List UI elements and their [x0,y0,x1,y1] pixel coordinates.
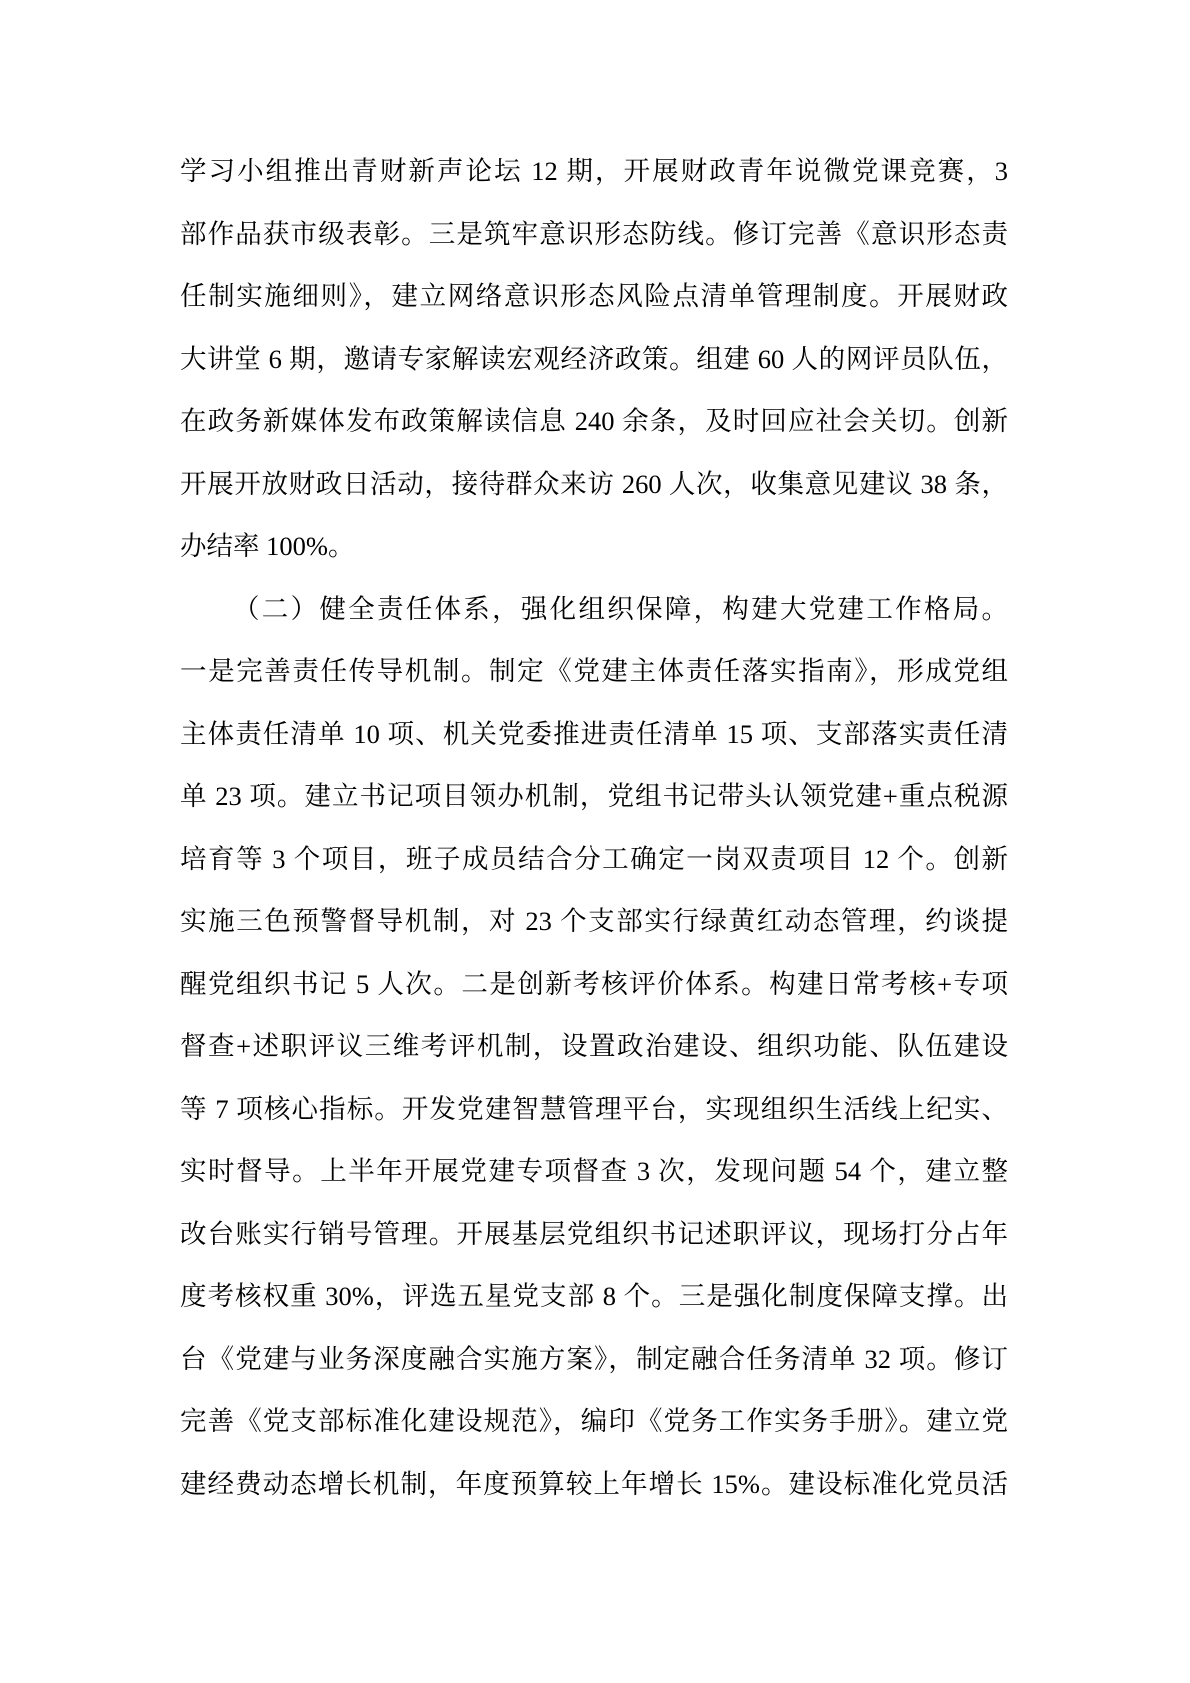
paragraph-1: 学习小组推出青财新声论坛 12 期，开展财政青年说微党课竞赛，3 部作品获市级表… [180,140,1008,578]
text-line: 督查+述职评议三维考评机制，设置政治建设、组织功能、队伍建设 [180,1015,1008,1078]
text-line: 开展开放财政日活动，接待群众来访 260 人次，收集意见建议 38 条， [180,453,1008,516]
text-line: 一是完善责任传导机制。制定《党建主体责任落实指南》，形成党组 [180,640,1008,703]
text-line: 台《党建与业务深度融合实施方案》，制定融合任务清单 32 项。修订 [180,1328,1008,1391]
text-line: 建经费动态增长机制，年度预算较上年增长 15%。建设标准化党员活 [180,1453,1008,1516]
text-line: 办结率 100%。 [180,515,1008,578]
page-body-text: 学习小组推出青财新声论坛 12 期，开展财政青年说微党课竞赛，3 部作品获市级表… [180,140,1008,1515]
text-line: 单 23 项。建立书记项目领办机制，党组书记带头认领党建+重点税源 [180,765,1008,828]
text-line: 完善《党支部标准化建设规范》，编印《党务工作实务手册》。建立党 [180,1390,1008,1453]
text-line: 大讲堂 6 期，邀请专家解读宏观经济政策。组建 60 人的网评员队伍， [180,328,1008,391]
paragraph-2: （二）健全责任体系，强化组织保障，构建大党建工作格局。 一是完善责任传导机制。制… [180,578,1008,1516]
text-line: 实时督导。上半年开展党建专项督查 3 次，发现问题 54 个，建立整 [180,1140,1008,1203]
text-line: （二）健全责任体系，强化组织保障，构建大党建工作格局。 [180,578,1008,641]
text-line: 在政务新媒体发布政策解读信息 240 余条，及时回应社会关切。创新 [180,390,1008,453]
text-line: 等 7 项核心指标。开发党建智慧管理平台，实现组织生活线上纪实、 [180,1078,1008,1141]
page-background: 学习小组推出青财新声论坛 12 期，开展财政青年说微党课竞赛，3 部作品获市级表… [0,0,1190,1683]
text-line: 醒党组织书记 5 人次。二是创新考核评价体系。构建日常考核+专项 [180,953,1008,1016]
text-line: 实施三色预警督导机制，对 23 个支部实行绿黄红动态管理，约谈提 [180,890,1008,953]
text-line: 改台账实行销号管理。开展基层党组织书记述职评议，现场打分占年 [180,1203,1008,1266]
text-line: 主体责任清单 10 项、机关党委推进责任清单 15 项、支部落实责任清 [180,703,1008,766]
text-line: 任制实施细则》，建立网络意识形态风险点清单管理制度。开展财政 [180,265,1008,328]
text-line: 部作品获市级表彰。三是筑牢意识形态防线。修订完善《意识形态责 [180,203,1008,266]
text-line: 培育等 3 个项目，班子成员结合分工确定一岗双责项目 12 个。创新 [180,828,1008,891]
text-line: 学习小组推出青财新声论坛 12 期，开展财政青年说微党课竞赛，3 [180,140,1008,203]
document-page: { "page": { "background_color": "#ffffff… [0,0,1190,1683]
text-line: 度考核权重 30%，评选五星党支部 8 个。三是强化制度保障支撑。出 [180,1265,1008,1328]
